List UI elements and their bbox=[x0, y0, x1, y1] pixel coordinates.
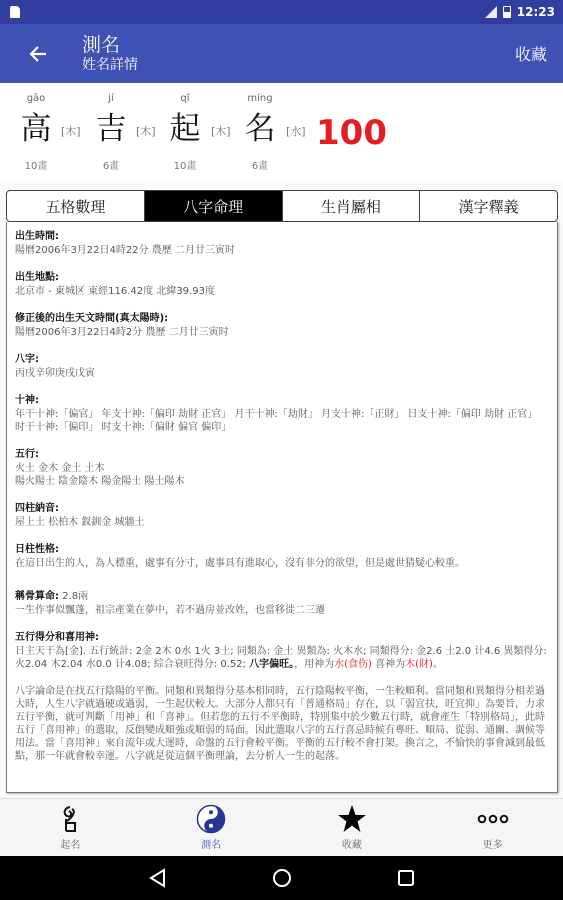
bazi-content[interactable]: 出生時間: 陽曆2006年3月22日4時22分 農歷 二月廿三寅时 出生地點: … bbox=[6, 222, 558, 793]
score-text: ，用神为 bbox=[294, 659, 334, 670]
name-glyph-icon bbox=[59, 804, 81, 834]
system-navigation-bar bbox=[0, 856, 563, 900]
status-bar: 12:23 bbox=[0, 0, 563, 24]
section-label: 稱骨算命: bbox=[15, 591, 59, 602]
nav-label: 更多 bbox=[483, 836, 503, 851]
rizhu-section: 日柱性格: 在這日出生的人，為人穩重，處事有分寸，處事具有進取心，沒有非分的欲望… bbox=[15, 543, 549, 570]
explanation-text: 八字論命是在找五行陰陽的平衡。同類和異類得分基本相同時，五行陰陽較平衡，一生較順… bbox=[15, 685, 549, 763]
name-char-4: míng 名 6畫 bbox=[230, 83, 290, 172]
bone-weight: 2.8兩 bbox=[59, 591, 88, 602]
xishen: 木(財) bbox=[405, 659, 433, 670]
yin-yang-icon bbox=[196, 804, 226, 834]
element-tag: [木] bbox=[136, 123, 156, 139]
section-text: 火土 金木 金土 土木 bbox=[15, 462, 549, 475]
name-char-2: jí 吉 6畫 bbox=[81, 83, 141, 172]
nayin-section: 四柱納音: 屋上土 松柏木 釵釧金 城牆土 bbox=[15, 502, 549, 529]
tab-hanzi[interactable]: 漢字釋義 bbox=[420, 191, 557, 221]
pinyin: míng bbox=[230, 93, 290, 107]
nav-item-more[interactable]: 更多 bbox=[422, 799, 563, 856]
birth-place-section: 出生地點: 北京市 - 東城区 東經116.42度 北緯39.93度 bbox=[15, 271, 549, 298]
nav-label: 收藏 bbox=[342, 836, 362, 851]
section-text: 陽火陽土 陰金陰木 陽金陽土 陽土陽木 bbox=[15, 475, 549, 488]
score-text: 喜神为 bbox=[372, 659, 405, 670]
tab-bar: 五格數理 八字命理 生肖屬相 漢字釋義 bbox=[6, 190, 558, 222]
nav-item-favorites[interactable]: 收藏 bbox=[282, 799, 423, 856]
section-text: 丙戌辛卯庚戌戊寅 bbox=[15, 367, 549, 380]
section-label: 四柱納音: bbox=[15, 502, 549, 516]
section-label: 修正後的出生天文時間(真太陽時): bbox=[15, 312, 549, 326]
section-text: 北京市 - 東城区 東經116.42度 北緯39.93度 bbox=[15, 285, 549, 298]
shishen-section: 十神: 年干十神:「偏官」 年支十神:「偏印 劫財 正官」 月干十神:「劫財」 … bbox=[15, 394, 549, 434]
section-text: 一生作事似飄蓬，祖宗產業在夢中，若不過房並改姓，也當移徙二三遷 bbox=[15, 604, 549, 617]
bazi-section: 八字: 丙戌辛卯庚戌戊寅 bbox=[15, 353, 549, 380]
stroke-count: 10畫 bbox=[155, 157, 215, 172]
hanzi: 名 bbox=[230, 111, 290, 147]
system-recents-button[interactable] bbox=[394, 866, 418, 890]
section-label: 五行得分和喜用神: bbox=[15, 631, 549, 645]
section-text: 陽曆2006年3月22日4時2分 農歷 二月廿三寅时 bbox=[15, 326, 549, 339]
wuxing-section: 五行: 火土 金木 金土 土木 陽火陽土 陰金陰木 陽金陽土 陽土陽木 bbox=[15, 448, 549, 488]
wuxing-score-section: 五行得分和喜用神: 日主天干為[金]. 五行統計: 2金 2木 0水 1火 3土… bbox=[15, 631, 549, 671]
system-back-button[interactable] bbox=[146, 866, 170, 890]
element-tag: [木] bbox=[61, 123, 81, 139]
section-text: 陽曆2006年3月22日4時22分 農歷 二月廿三寅时 bbox=[15, 244, 549, 257]
yongshen: 水(食伤) bbox=[334, 659, 372, 670]
element-tag: [木] bbox=[211, 123, 231, 139]
more-dots-icon bbox=[477, 804, 509, 834]
nav-item-naming[interactable]: 起名 bbox=[0, 799, 141, 856]
element-tag: [水] bbox=[286, 123, 306, 139]
tab-shengxiao[interactable]: 生肖屬相 bbox=[283, 191, 421, 221]
page-title: 測名 bbox=[82, 34, 515, 56]
verdict: 八字偏旺。 bbox=[249, 659, 294, 670]
explanation-section: 八字論命是在找五行陰陽的平衡。同類和異類得分基本相同時，五行陰陽較平衡，一生較順… bbox=[15, 685, 549, 763]
square-recents-icon bbox=[397, 869, 415, 887]
app-bar: 測名 姓名詳情 收藏 bbox=[0, 24, 563, 83]
name-char-1: gāo 高 10畫 bbox=[6, 83, 66, 172]
section-label: 出生時間: bbox=[15, 230, 549, 244]
triangle-back-icon bbox=[149, 868, 167, 888]
birth-time-section: 出生時間: 陽曆2006年3月22日4時22分 農歷 二月廿三寅时 bbox=[15, 230, 549, 257]
name-display: gāo 高 10畫 [木] jí 吉 6畫 [木] qǐ 起 10畫 [木] m… bbox=[0, 83, 563, 183]
true-solar-time-section: 修正後的出生天文時間(真太陽時): 陽曆2006年3月22日4時2分 農歷 二月… bbox=[15, 312, 549, 339]
section-label: 十神: bbox=[15, 394, 549, 408]
arrow-left-icon bbox=[29, 45, 47, 63]
hanzi: 高 bbox=[6, 111, 66, 147]
name-char-3: qǐ 起 10畫 bbox=[155, 83, 215, 172]
page-subtitle: 姓名詳情 bbox=[82, 56, 515, 74]
section-text: 年干十神:「偏官」 年支十神:「偏印 劫財 正官」 月干十神:「劫財」 月支十神… bbox=[15, 408, 549, 434]
section-label: 八字: bbox=[15, 353, 549, 367]
section-text: 屋上土 松柏木 釵釧金 城牆土 bbox=[15, 516, 549, 529]
system-home-button[interactable] bbox=[270, 866, 294, 890]
section-label: 出生地點: bbox=[15, 271, 549, 285]
stroke-count: 10畫 bbox=[6, 157, 66, 172]
pinyin: qǐ bbox=[155, 93, 215, 107]
stroke-count: 6畫 bbox=[81, 157, 141, 172]
nav-label: 測名 bbox=[201, 836, 221, 851]
battery-icon bbox=[503, 6, 511, 18]
nav-label: 起名 bbox=[60, 836, 80, 851]
section-text: 日主天干為[金]. 五行統計: 2金 2木 0水 1火 3土; 同類為: 金土 … bbox=[15, 645, 549, 671]
chenggu-section: 稱骨算命: 2.8兩 一生作事似飄蓬，祖宗產業在夢中，若不過房並改姓，也當移徙二… bbox=[15, 584, 549, 617]
star-icon bbox=[337, 804, 367, 834]
nav-item-test-name[interactable]: 測名 bbox=[141, 799, 282, 856]
score-text: 。 bbox=[433, 659, 443, 670]
sd-card-icon bbox=[10, 6, 20, 18]
stroke-count: 6畫 bbox=[230, 157, 290, 172]
section-label: 日柱性格: bbox=[15, 543, 549, 557]
section-text: 在這日出生的人，為人穩重，處事有分寸，處事具有進取心，沒有非分的欲望，但是處世猜… bbox=[15, 557, 549, 570]
favorite-button[interactable]: 收藏 bbox=[515, 42, 547, 65]
circle-home-icon bbox=[272, 868, 292, 888]
tab-wuge[interactable]: 五格數理 bbox=[7, 191, 145, 221]
status-time: 12:23 bbox=[517, 5, 555, 19]
section-label: 五行: bbox=[15, 448, 549, 462]
pinyin: jí bbox=[81, 93, 141, 107]
hanzi: 吉 bbox=[81, 111, 141, 147]
name-score: 100 bbox=[316, 113, 387, 153]
pinyin: gāo bbox=[6, 93, 66, 107]
hanzi: 起 bbox=[155, 111, 215, 147]
signal-icon bbox=[485, 6, 497, 18]
tab-bazi[interactable]: 八字命理 bbox=[145, 191, 283, 221]
back-button[interactable] bbox=[18, 34, 58, 74]
bottom-navigation: 起名 測名 收藏 更多 bbox=[0, 798, 563, 856]
